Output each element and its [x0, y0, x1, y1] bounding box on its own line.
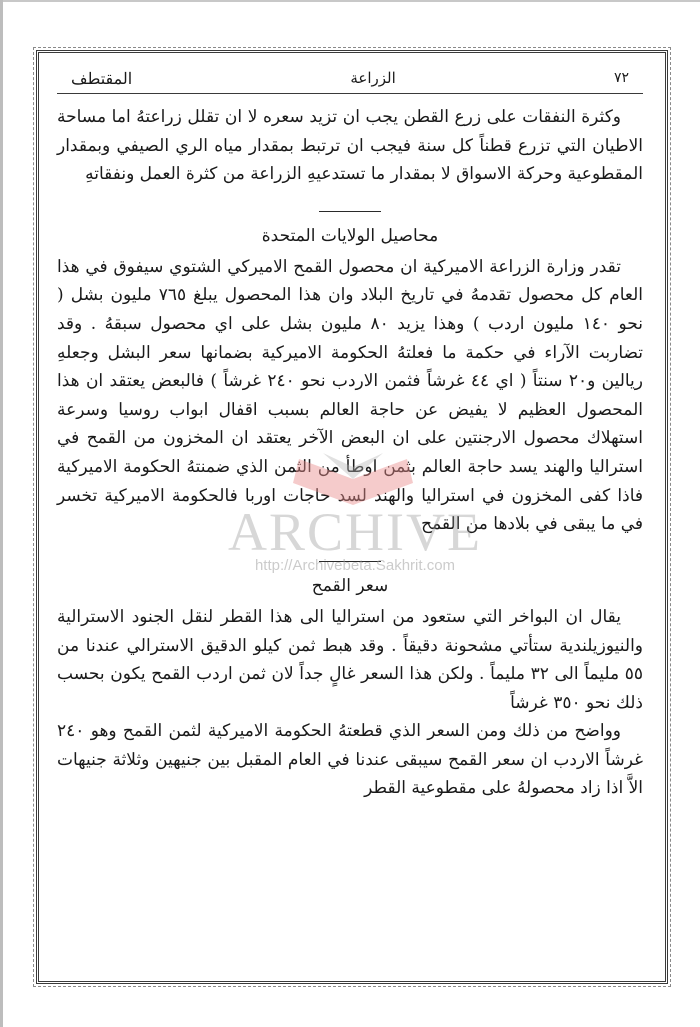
section-heading-us-crops: محاصيل الولايات المتحدة	[57, 222, 643, 251]
paragraph-us-crops: تقدر وزارة الزراعة الاميركية ان محصول ال…	[57, 253, 643, 539]
scan-left-edge	[0, 0, 3, 1027]
paragraph-wheat-price-2: وواضح من ذلك ومن السعر الذي قطعتهُ الحكو…	[57, 717, 643, 803]
running-header: ٧٢ الزراعة المقتطف	[57, 63, 643, 94]
page-border-frame: ٧٢ الزراعة المقتطف وكثرة النفقات على زرع…	[36, 50, 668, 984]
section-divider	[319, 211, 381, 213]
section-heading-wheat-price: سعر القمح	[57, 572, 643, 601]
continuation-paragraph: وكثرة النفقات على زرع القطن يجب ان تزيد …	[57, 103, 643, 189]
paragraph-wheat-price-1: يقال ان البواخر التي ستعود من استراليا ا…	[57, 603, 643, 717]
section-divider	[319, 561, 381, 563]
page-number: ٧٢	[614, 70, 643, 86]
scan-top-edge	[0, 0, 700, 2]
running-section-title: الزراعة	[350, 69, 395, 87]
journal-name: المقتطف	[57, 69, 132, 88]
article-body: وكثرة النفقات على زرع القطن يجب ان تزيد …	[57, 103, 643, 803]
page-content: ٧٢ الزراعة المقتطف وكثرة النفقات على زرع…	[57, 53, 643, 981]
